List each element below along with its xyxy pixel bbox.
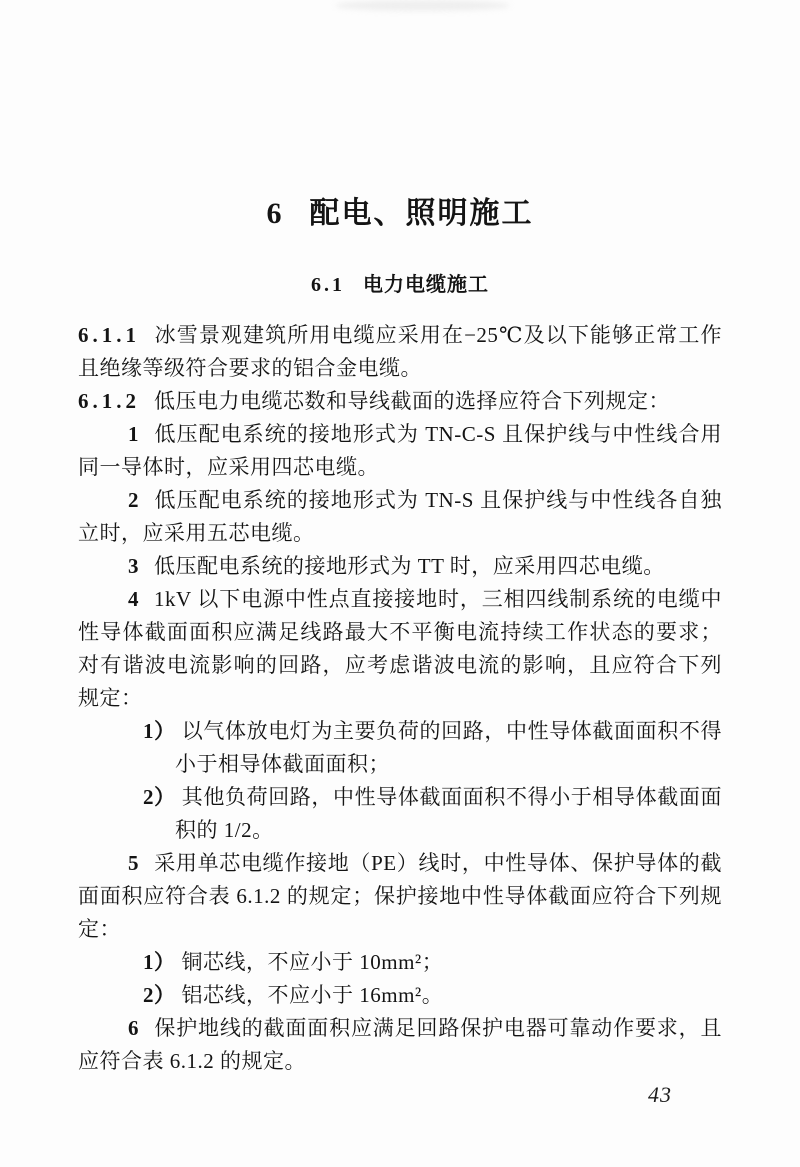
sub-item-number: 2） <box>143 983 176 1007</box>
item-number: 2 <box>128 488 139 512</box>
scanned-document-page: 6配电、照明施工 6.1电力电缆施工 6.1.1冰雪景观建筑所用电缆应采用在−2… <box>0 0 800 1167</box>
item-number: 1 <box>128 422 139 446</box>
item-text: 采用单芯电缆作接地（PE）线时，中性导体、保护导体的截面面积应符合表 6.1.2… <box>78 851 722 941</box>
sub-item-text: 以气体放电灯为主要负荷的回路，中性导体截面面积不得小于相导体截面面积； <box>175 719 722 776</box>
sub-item-number: 2） <box>143 785 176 809</box>
list-item-4: 41kV 以下电源中性点直接接地时，三相四线制系统的电缆中性导体截面面积应满足线… <box>78 583 722 715</box>
scan-smudge-artifact <box>335 0 510 11</box>
page-content: 6配电、照明施工 6.1电力电缆施工 6.1.1冰雪景观建筑所用电缆应采用在−2… <box>78 188 722 1078</box>
section-title: 6.1电力电缆施工 <box>78 268 722 297</box>
item-number: 5 <box>128 851 139 875</box>
section-number: 6.1 <box>311 274 345 296</box>
item-number: 6 <box>128 1016 139 1040</box>
clause-number: 6.1.1 <box>78 323 140 347</box>
section-title-text: 电力电缆施工 <box>363 274 489 296</box>
sub-item-text: 铝芯线，不应小于 16mm²。 <box>182 983 444 1007</box>
sub-item-text: 其他负荷回路，中性导体截面面积不得小于相导体截面面积的 1/2。 <box>175 785 722 842</box>
clause-6-1-1: 6.1.1冰雪景观建筑所用电缆应采用在−25℃及以下能够正常工作且绝缘等级符合要… <box>78 319 722 385</box>
sub-item-number: 1） <box>143 719 176 743</box>
list-item-1: 1低压配电系统的接地形式为 TN-C-S 且保护线与中性线合用同一导体时，应采用… <box>78 418 722 484</box>
sub-item-1: 1）以气体放电灯为主要负荷的回路，中性导体截面面积不得小于相导体截面面积； <box>78 715 722 781</box>
list-item-6: 6保护地线的截面面积应满足回路保护电器可靠动作要求，且应符合表 6.1.2 的规… <box>78 1012 722 1078</box>
clause-text: 低压电力电缆芯数和导线截面的选择应符合下列规定： <box>154 389 670 413</box>
sub-item-1-copper: 1）铜芯线，不应小于 10mm²； <box>78 946 722 979</box>
body-text: 6.1.1冰雪景观建筑所用电缆应采用在−25℃及以下能够正常工作且绝缘等级符合要… <box>78 319 722 1078</box>
item-text: 保护地线的截面面积应满足回路保护电器可靠动作要求，且应符合表 6.1.2 的规定… <box>78 1016 722 1073</box>
sub-item-text: 铜芯线，不应小于 10mm²； <box>182 950 444 974</box>
sub-item-number: 1） <box>143 950 176 974</box>
item-text: 1kV 以下电源中性点直接接地时，三相四线制系统的电缆中性导体截面面积应满足线路… <box>78 587 722 710</box>
page-number: 43 <box>648 1082 672 1108</box>
clause-6-1-2: 6.1.2低压电力电缆芯数和导线截面的选择应符合下列规定： <box>78 385 722 418</box>
item-number: 4 <box>128 587 139 611</box>
item-text: 低压配电系统的接地形式为 TT 时，应采用四芯电缆。 <box>154 554 665 578</box>
chapter-title: 6配电、照明施工 <box>78 188 722 232</box>
list-item-2: 2低压配电系统的接地形式为 TN-S 且保护线与中性线各自独立时，应采用五芯电缆… <box>78 484 722 550</box>
list-item-3: 3低压配电系统的接地形式为 TT 时，应采用四芯电缆。 <box>78 550 722 583</box>
chapter-number: 6 <box>267 197 284 230</box>
chapter-title-text: 配电、照明施工 <box>310 197 534 230</box>
clause-text: 冰雪景观建筑所用电缆应采用在−25℃及以下能够正常工作且绝缘等级符合要求的铝合金… <box>78 323 722 380</box>
list-item-5: 5采用单芯电缆作接地（PE）线时，中性导体、保护导体的截面面积应符合表 6.1.… <box>78 847 722 946</box>
sub-item-2: 2）其他负荷回路，中性导体截面面积不得小于相导体截面面积的 1/2。 <box>78 781 722 847</box>
item-text: 低压配电系统的接地形式为 TN-S 且保护线与中性线各自独立时，应采用五芯电缆。 <box>78 488 722 545</box>
item-text: 低压配电系统的接地形式为 TN-C-S 且保护线与中性线合用同一导体时，应采用四… <box>78 422 722 479</box>
clause-number: 6.1.2 <box>78 389 140 413</box>
item-number: 3 <box>128 554 139 578</box>
sub-item-2-aluminium: 2）铝芯线，不应小于 16mm²。 <box>78 979 722 1012</box>
